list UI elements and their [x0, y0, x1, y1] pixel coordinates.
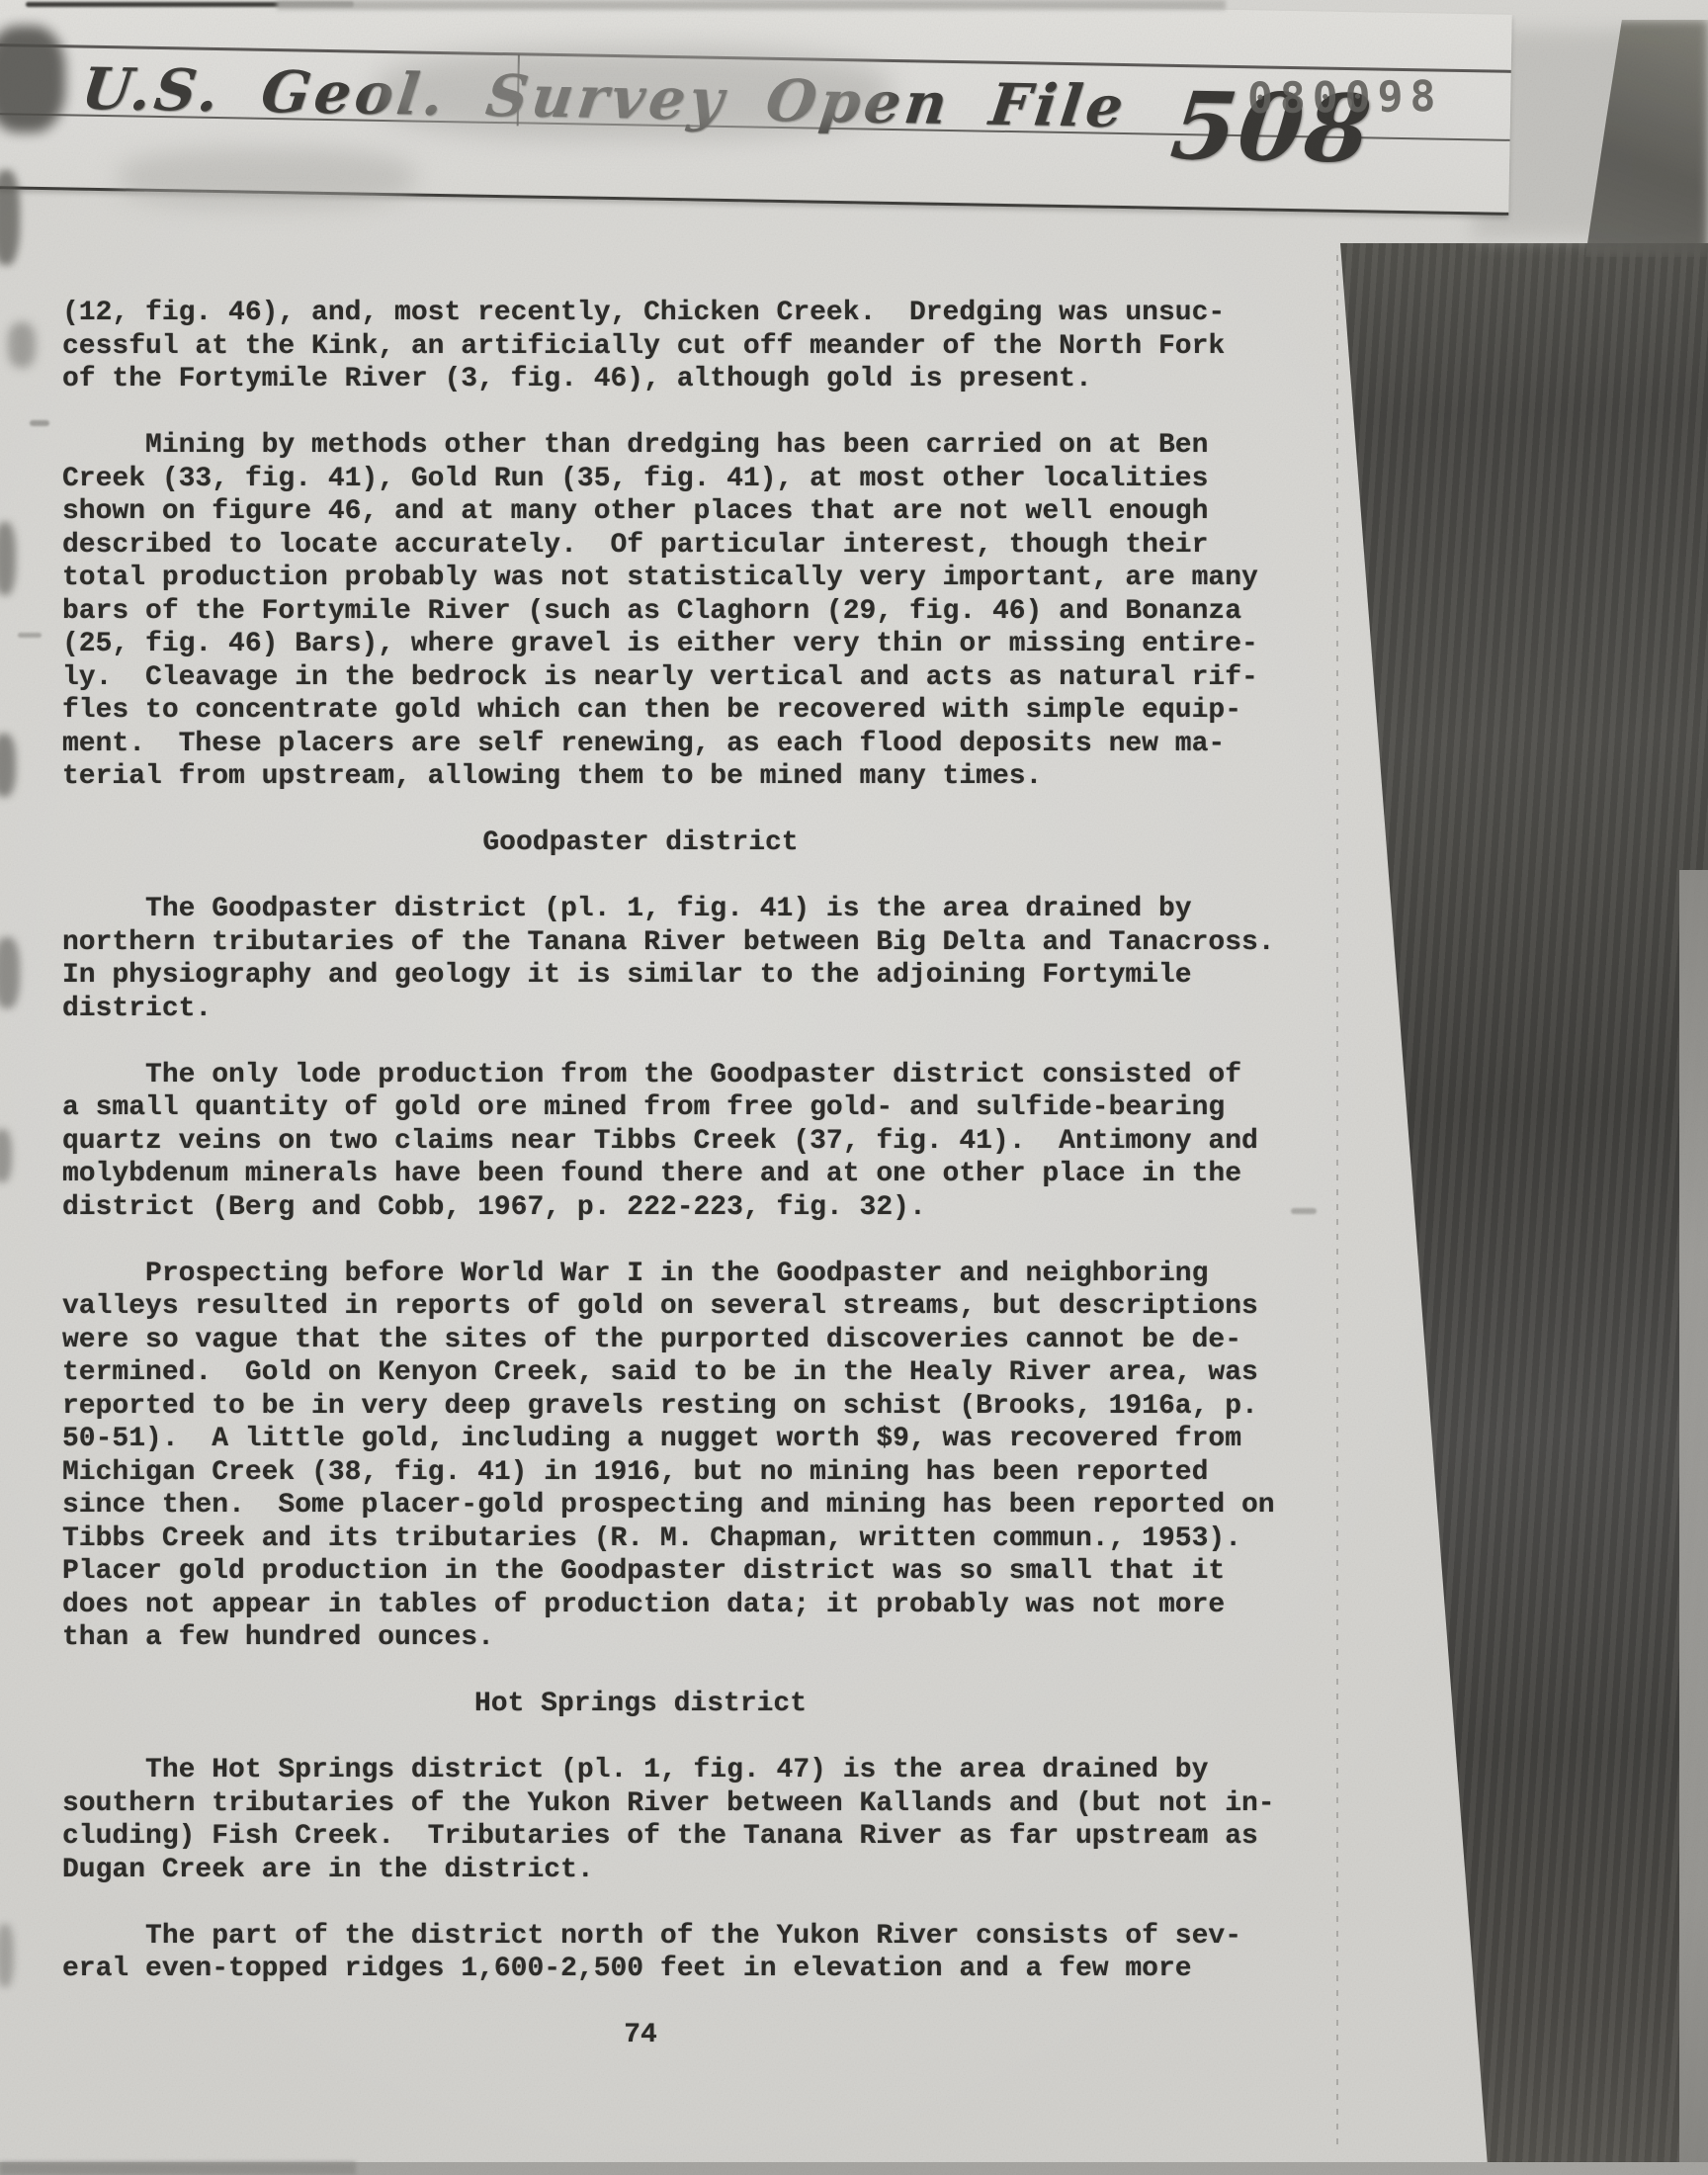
scan-mottle [119, 148, 415, 208]
section-heading: Goodpaster district [62, 826, 1291, 860]
text-line: quartz veins on two claims near Tibbs Cr… [62, 1125, 1291, 1159]
text-line: southern tributaries of the Yukon River … [62, 1787, 1291, 1821]
stamp-serial-number: 080098 [1247, 72, 1443, 124]
text-line: Michigan Creek (38, fig. 41) in 1916, bu… [62, 1456, 1291, 1490]
text-line: Tibbs Creek and its tributaries (R. M. C… [62, 1522, 1291, 1556]
text-line: Creek (33, fig. 41), Gold Run (35, fig. … [62, 463, 1291, 496]
scan-smudge [0, 1924, 14, 1987]
text-line: The Goodpaster district (pl. 1, fig. 41)… [62, 893, 1291, 926]
text-line: The part of the district north of the Yu… [62, 1920, 1291, 1954]
section-heading-text: Hot Springs district [62, 1688, 1219, 1721]
scan-mark [1291, 1208, 1317, 1214]
scan-smudge [0, 522, 16, 595]
text-line: district. [62, 993, 1291, 1026]
text-line: Placer gold production in the Goodpaster… [62, 1555, 1291, 1589]
scan-top-band [277, 0, 1226, 10]
text-line: bars of the Fortymile River (such as Cla… [62, 595, 1291, 629]
paragraph: The part of the district north of the Yu… [62, 1920, 1291, 1986]
paragraph: The Goodpaster district (pl. 1, fig. 41)… [62, 893, 1291, 1025]
text-line: cessful at the Kink, an artificially cut… [62, 330, 1291, 364]
text-blocks: (12, fig. 46), and, most recently, Chick… [62, 297, 1291, 1986]
text-line: 50-51). A little gold, including a nugge… [62, 1423, 1291, 1456]
page-number: 74 [62, 2019, 1219, 2052]
text-line: since then. Some placer-gold prospecting… [62, 1489, 1291, 1522]
scan-mark [18, 633, 42, 638]
section-heading-text: Goodpaster district [62, 826, 1219, 860]
paragraph: The only lode production from the Goodpa… [62, 1059, 1291, 1225]
text-line: Dugan Creek are in the district. [62, 1854, 1291, 1887]
text-line: termined. Gold on Kenyon Creek, said to … [62, 1356, 1291, 1390]
text-line: northern tributaries of the Tanana River… [62, 926, 1291, 960]
text-line: a small quantity of gold ore mined from … [62, 1091, 1291, 1125]
text-line: terial from upstream, allowing them to b… [62, 760, 1291, 794]
document-body: (12, fig. 46), and, most recently, Chick… [62, 297, 1291, 2052]
section-heading: Hot Springs district [62, 1688, 1291, 1721]
scan-page-edge [1679, 870, 1708, 2163]
paragraph: Prospecting before World War I in the Go… [62, 1258, 1291, 1655]
scan-bottom-edge-shadow [0, 2162, 356, 2175]
text-line: The only lode production from the Goodpa… [62, 1059, 1291, 1092]
text-line: cluding) Fish Creek. Tributaries of the … [62, 1820, 1291, 1854]
paragraph: The Hot Springs district (pl. 1, fig. 47… [62, 1754, 1291, 1886]
scan-mottle [376, 47, 890, 138]
scan-smudge [0, 734, 16, 797]
text-line: does not appear in tables of production … [62, 1589, 1291, 1622]
text-line: molybdenum minerals have been found ther… [62, 1158, 1291, 1191]
text-line: were so vague that the sites of the purp… [62, 1324, 1291, 1357]
text-line: district (Berg and Cobb, 1967, p. 222-22… [62, 1191, 1291, 1225]
text-line: fles to concentrate gold which can then … [62, 694, 1291, 728]
text-line: reported to be in very deep gravels rest… [62, 1390, 1291, 1424]
text-line: shown on figure 46, and at many other pl… [62, 495, 1291, 529]
scan-smudge [0, 937, 20, 1008]
text-line: total production probably was not statis… [62, 562, 1291, 595]
scan-smudge [0, 26, 65, 132]
scan-page-crease [1336, 255, 1338, 2153]
paragraph: (12, fig. 46), and, most recently, Chick… [62, 297, 1291, 396]
scanned-document-page: U.S. Geol. Survey Open File 508 080098 (… [0, 0, 1708, 2175]
text-line: described to locate accurately. Of parti… [62, 529, 1291, 563]
scan-mark [30, 420, 49, 426]
text-line: The Hot Springs district (pl. 1, fig. 47… [62, 1754, 1291, 1787]
text-line: In physiography and geology it is simila… [62, 959, 1291, 993]
text-line: Prospecting before World War I in the Go… [62, 1258, 1291, 1291]
text-line: (25, fig. 46) Bars), where gravel is eit… [62, 628, 1291, 661]
scan-smudge [0, 1129, 12, 1182]
scan-smudge [0, 170, 20, 265]
text-line: eral even-topped ridges 1,600-2,500 feet… [62, 1953, 1291, 1986]
text-line: of the Fortymile River (3, fig. 46), alt… [62, 363, 1291, 396]
text-line: ment. These placers are self renewing, a… [62, 728, 1291, 761]
scan-binding-shadow [1340, 243, 1708, 2163]
text-line: Mining by methods other than dredging ha… [62, 429, 1291, 463]
text-line: than a few hundred ounces. [62, 1621, 1291, 1655]
text-line: ly. Cleavage in the bedrock is nearly ve… [62, 661, 1291, 695]
text-line: valleys resulted in reports of gold on s… [62, 1290, 1291, 1324]
text-line: (12, fig. 46), and, most recently, Chick… [62, 297, 1291, 330]
scan-smudge [8, 322, 36, 368]
paragraph: Mining by methods other than dredging ha… [62, 429, 1291, 794]
